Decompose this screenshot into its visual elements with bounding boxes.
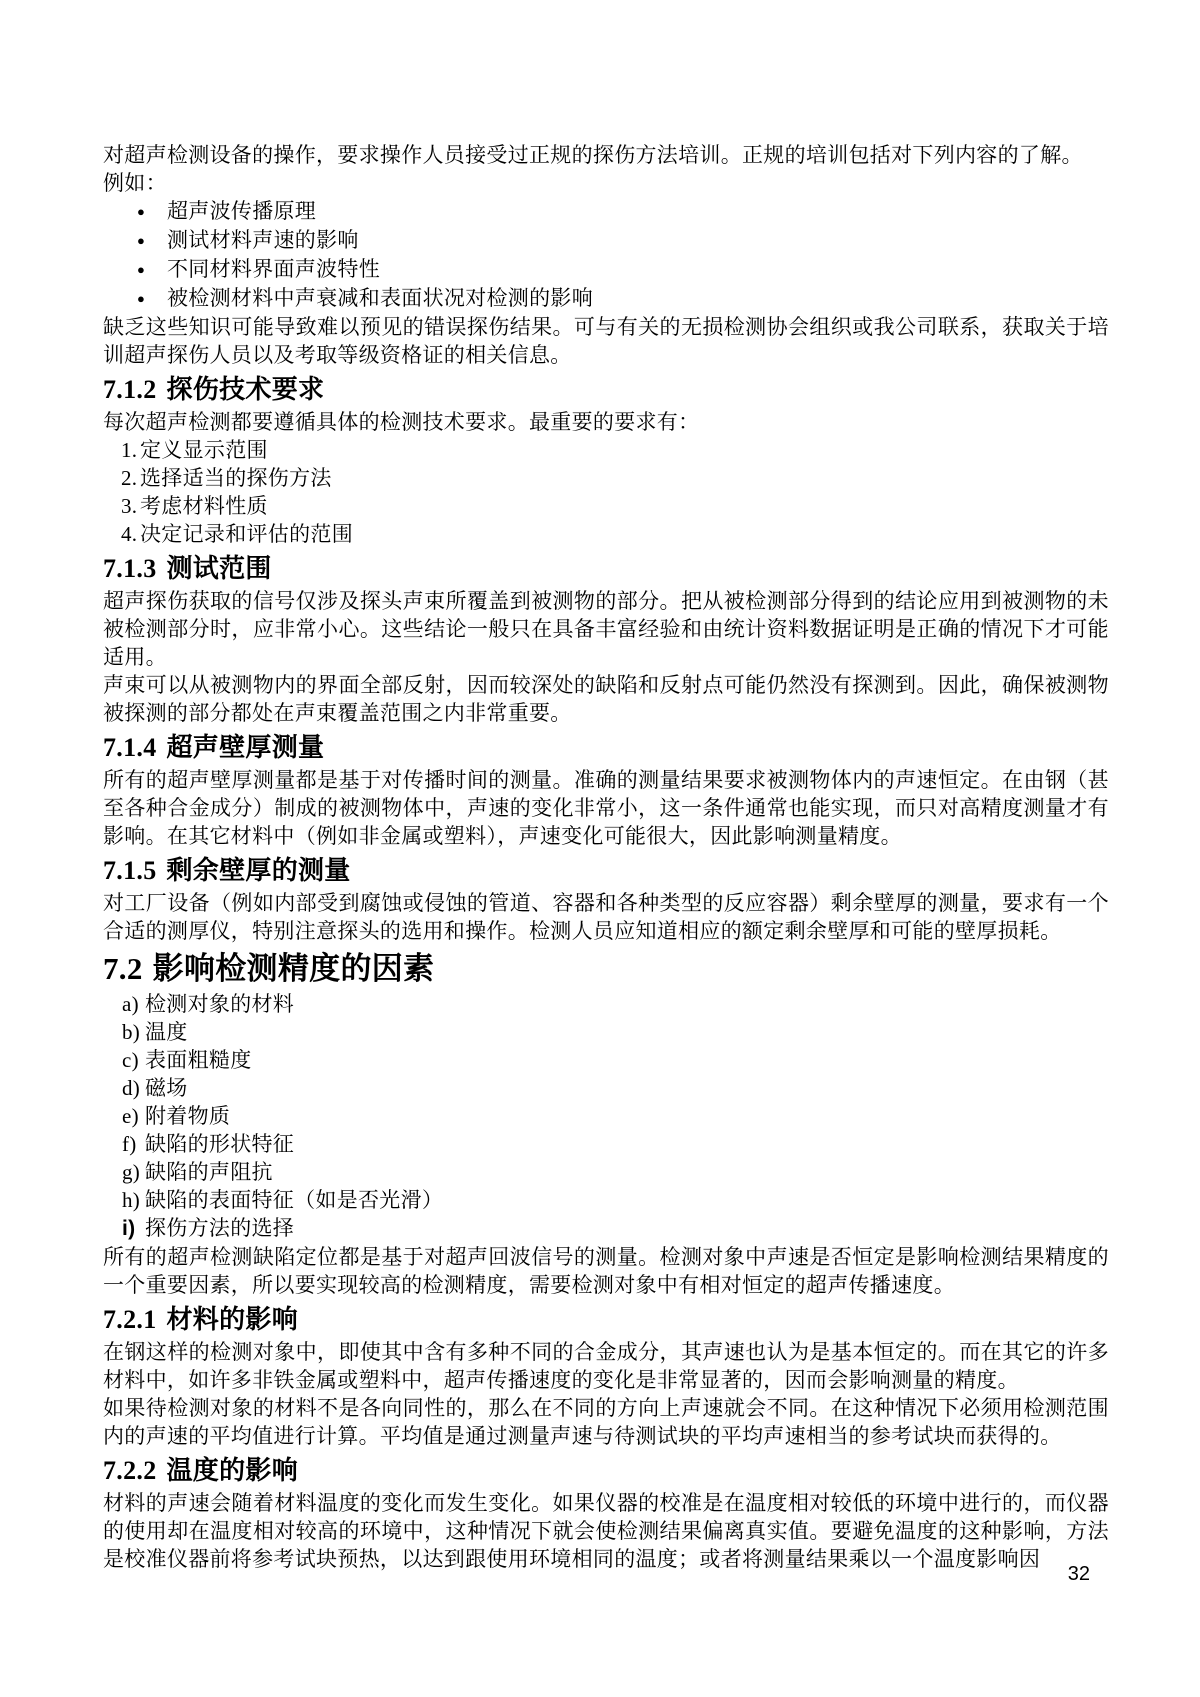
heading-title: 影响检测精度的因素 [153,951,435,986]
bullet-item-text: 测试材料声速的影响 [167,228,359,252]
list-marker: b) [122,1018,145,1046]
lettered-item-text: 检测对象的材料 [145,992,294,1016]
lettered-item-text: 探伤方法的选择 [145,1216,294,1240]
heading-number: 7.2.2 [103,1456,157,1485]
lettered-item-text: 缺陷的声阻抗 [145,1160,273,1184]
numbered-item-text: 决定记录和评估的范围 [140,522,353,546]
heading-title: 探伤技术要求 [167,374,325,404]
bullet-item: ●超声波传播原理 [103,197,1109,226]
body-paragraph: 声束可以从被测物内的界面全部反射，因而较深处的缺陷和反射点可能仍然没有探测到。因… [103,671,1109,727]
lettered-item: e)附着物质 [103,1102,1109,1130]
page-number: 32 [1068,1562,1090,1586]
list-marker: 2. [121,464,138,492]
intro-bullet-list: ●超声波传播原理 ●测试材料声速的影响 ●不同材料界面声波特性 ●被检测材料中声… [103,197,1109,313]
numbered-item: 1.定义显示范围 [103,436,1109,464]
section-heading-7-1-3: 7.1.3测试范围 [103,550,1109,587]
intro-closing-paragraph: 缺乏这些知识可能导致难以预见的错误探伤结果。可与有关的无损检测协会组织或我公司联… [103,313,1109,369]
bullet-icon: ● [137,285,167,313]
numbered-item: 4.决定记录和评估的范围 [103,520,1109,548]
heading-title: 材料的影响 [167,1304,299,1334]
lettered-item: b)温度 [103,1018,1109,1046]
heading-title: 剩余壁厚的测量 [167,855,351,885]
bullet-item: ●被检测材料中声衰减和表面状况对检测的影响 [103,284,1109,313]
body-paragraph: 所有的超声检测缺陷定位都是基于对超声回波信号的测量。检测对象中声速是否恒定是影响… [103,1243,1109,1299]
body-paragraph: 对工厂设备（例如内部受到腐蚀或侵蚀的管道、容器和各种类型的反应容器）剩余壁厚的测… [103,889,1109,945]
body-paragraph: 每次超声检测都要遵循具体的检测技术要求。最重要的要求有： [103,408,1109,436]
body-paragraph: 在钢这样的检测对象中，即使其中含有多种不同的合金成分，其声速也认为是基本恒定的。… [103,1338,1109,1394]
bullet-item: ●测试材料声速的影响 [103,226,1109,255]
page-content: 对超声检测设备的操作，要求操作人员接受过正规的探伤方法培训。正规的培训包括对下列… [103,141,1109,1573]
heading-number: 7.2 [103,951,143,986]
bullet-item: ●不同材料界面声波特性 [103,255,1109,284]
body-paragraph: 材料的声速会随着材料温度的变化而发生变化。如果仪器的校准是在温度相对较低的环境中… [103,1489,1109,1573]
list-marker: h) [122,1186,145,1214]
heading-number: 7.1.5 [103,856,157,885]
lettered-item: h)缺陷的表面特征（如是否光滑） [103,1186,1109,1214]
numbered-item: 3.考虑材料性质 [103,492,1109,520]
section-heading-7-2-1: 7.2.1材料的影响 [103,1301,1109,1338]
list-marker: e) [122,1102,145,1130]
list-marker: g) [122,1158,145,1186]
lettered-item-text: 表面粗糙度 [145,1048,252,1072]
bullet-icon: ● [137,256,167,284]
list-marker: d) [122,1074,145,1102]
list-marker: 4. [121,520,138,548]
intro-example-label: 例如： [103,169,1109,197]
heading-title: 温度的影响 [167,1455,299,1485]
heading-number: 7.2.1 [103,1305,157,1334]
section-heading-7-2: 7.2影响检测精度的因素 [103,948,1109,990]
bullet-item-text: 超声波传播原理 [167,199,316,223]
lettered-item: a)检测对象的材料 [103,990,1109,1018]
lettered-item-text: 缺陷的形状特征 [145,1132,294,1156]
heading-number: 7.1.2 [103,375,157,404]
numbered-item-text: 定义显示范围 [140,438,268,462]
section-heading-7-1-4: 7.1.4超声壁厚测量 [103,729,1109,766]
bullet-item-text: 被检测材料中声衰减和表面状况对检测的影响 [167,286,593,310]
document-page: 对超声检测设备的操作，要求操作人员接受过正规的探伤方法培训。正规的培训包括对下列… [0,0,1200,1697]
numbered-item: 2.选择适当的探伤方法 [103,464,1109,492]
heading-number: 7.1.4 [103,733,157,762]
numbered-item-text: 选择适当的探伤方法 [140,466,332,490]
lettered-item: i)探伤方法的选择 [103,1214,1109,1243]
list-marker: c) [122,1046,145,1074]
bullet-item-text: 不同材料界面声波特性 [167,257,380,281]
lettered-item-text: 磁场 [145,1076,188,1100]
section-heading-7-1-2: 7.1.2探伤技术要求 [103,371,1109,408]
lettered-item: d)磁场 [103,1074,1109,1102]
lettered-item: g)缺陷的声阻抗 [103,1158,1109,1186]
bullet-icon: ● [137,198,167,226]
body-paragraph: 如果待检测对象的材料不是各向同性的，那么在不同的方向上声速就会不同。在这种情况下… [103,1394,1109,1450]
requirements-numbered-list: 1.定义显示范围 2.选择适当的探伤方法 3.考虑材料性质 4.决定记录和评估的… [103,436,1109,548]
lettered-item: f)缺陷的形状特征 [103,1130,1109,1158]
lettered-item: c)表面粗糙度 [103,1046,1109,1074]
heading-title: 超声壁厚测量 [167,732,325,762]
list-marker: f) [122,1130,145,1158]
numbered-item-text: 考虑材料性质 [140,494,268,518]
section-heading-7-1-5: 7.1.5剩余壁厚的测量 [103,852,1109,889]
bullet-icon: ● [137,227,167,255]
lettered-item-text: 缺陷的表面特征（如是否光滑） [145,1188,443,1212]
lettered-item-text: 附着物质 [145,1104,230,1128]
body-paragraph: 超声探伤获取的信号仅涉及探头声束所覆盖到被测物的部分。把从被检测部分得到的结论应… [103,587,1109,671]
list-marker: a) [122,990,145,1018]
list-marker: 1. [121,436,138,464]
section-heading-7-2-2: 7.2.2温度的影响 [103,1452,1109,1489]
intro-paragraph: 对超声检测设备的操作，要求操作人员接受过正规的探伤方法培训。正规的培训包括对下列… [103,141,1109,169]
list-marker: 3. [121,492,138,520]
heading-number: 7.1.3 [103,554,157,583]
heading-title: 测试范围 [167,553,272,583]
factors-lettered-list: a)检测对象的材料 b)温度 c)表面粗糙度 d)磁场 e)附着物质 f)缺陷的… [103,990,1109,1243]
lettered-item-text: 温度 [145,1020,188,1044]
body-paragraph: 所有的超声壁厚测量都是基于对传播时间的测量。准确的测量结果要求被测物体内的声速恒… [103,766,1109,850]
list-marker: i) [122,1215,145,1243]
